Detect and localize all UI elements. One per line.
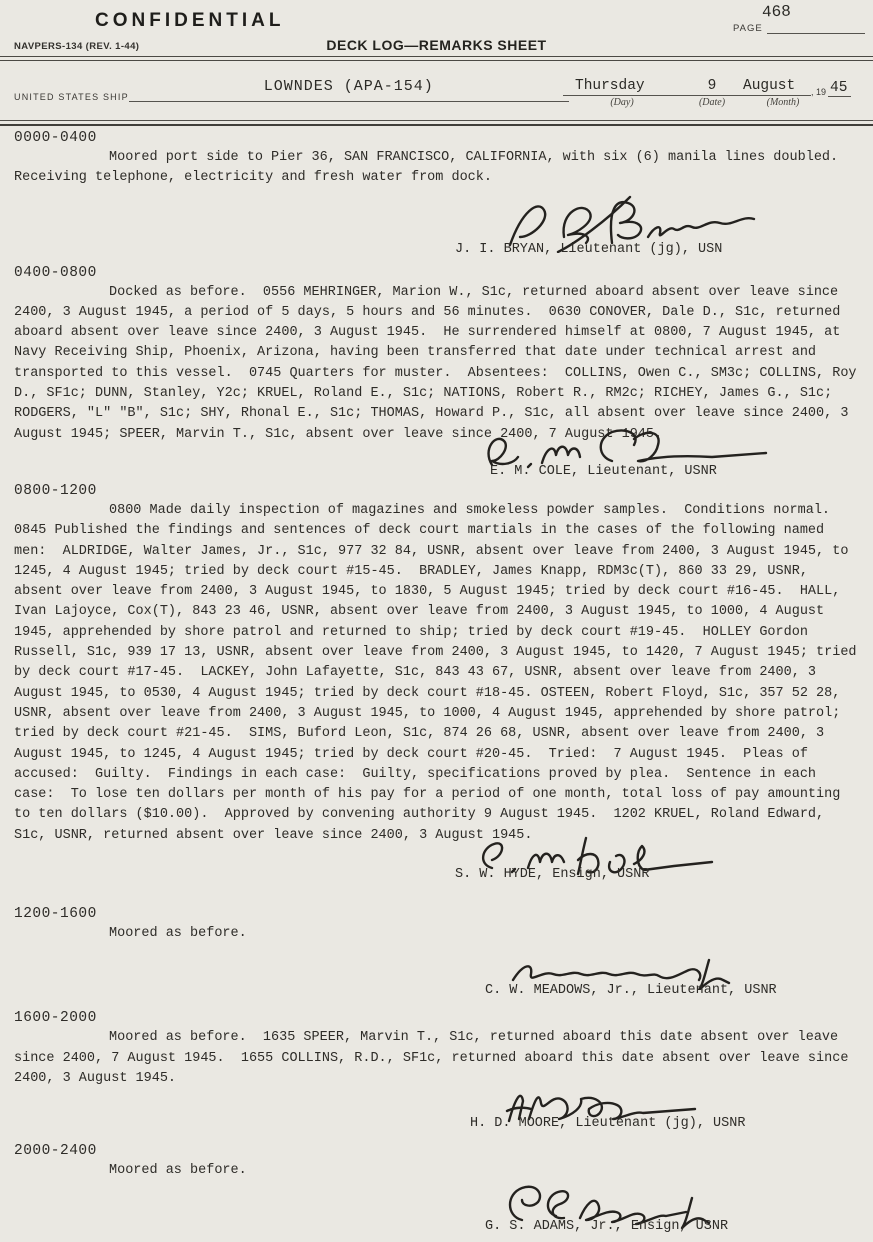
- page-blank-line: [767, 22, 865, 34]
- year-value: 45: [828, 80, 851, 97]
- signature-block: J. I. BRYAN, Lieutenant (jg), USN: [450, 195, 873, 259]
- signature-block: G. S. ADAMS, Jr., Ensign, USNR: [450, 1180, 873, 1236]
- entry-text: Moored as before. 1635 SPEER, Marvin T.,…: [14, 1028, 859, 1089]
- officer-name: H. D. MOORE, Lieutenant (jg), USNR: [470, 1115, 873, 1133]
- page-label: PAGE: [733, 23, 763, 34]
- form-header: CONFIDENTIAL 468 PAGE NAVPERS-134 (REV. …: [0, 0, 873, 127]
- signature-block: C. W. MEADOWS, Jr., Lieutenant, USNR: [450, 946, 873, 1000]
- date-captions: (Day) (Date) (Month): [563, 96, 863, 108]
- log-entry-0800-1200: 0800-1200 0800 Made daily inspection of …: [0, 483, 873, 884]
- heavy-rule: [0, 120, 873, 126]
- officer-name: C. W. MEADOWS, Jr., Lieutenant, USNR: [485, 982, 873, 1000]
- date-number: 9: [681, 78, 743, 94]
- officer-name: G. S. ADAMS, Jr., Ensign, USNR: [485, 1218, 873, 1236]
- entry-text: Moored port side to Pier 36, SAN FRANCIS…: [14, 148, 859, 189]
- page-field: PAGE: [733, 22, 865, 34]
- year-field: , 19 45: [811, 80, 865, 97]
- signature-block: H. D. MOORE, Lieutenant (jg), USNR: [450, 1083, 873, 1133]
- date-day: Thursday: [563, 78, 681, 94]
- deck-log-page: CONFIDENTIAL 468 PAGE NAVPERS-134 (REV. …: [0, 0, 873, 1242]
- entry-text: 0800 Made daily inspection of magazines …: [14, 501, 859, 846]
- date-caption: (Date): [681, 97, 743, 108]
- log-entry-1200-1600: 1200-1600 Moored as before. C. W. MEADOW…: [0, 906, 873, 1000]
- ship-label: UNITED STATES SHIP: [14, 78, 129, 102]
- ship-name: LOWNDES (APA-154): [129, 78, 569, 102]
- log-entry-1600-2000: 1600-2000 Moored as before. 1635 SPEER, …: [0, 1010, 873, 1133]
- entry-time-range: 1600-2000: [14, 1010, 873, 1026]
- page-number: 468: [762, 3, 791, 22]
- signature-block: E. M. COLE, Lieutenant, USNR: [450, 427, 873, 481]
- double-rule: [0, 56, 873, 61]
- log-entry-2000-2400: 2000-2400 Moored as before. G. S. ADAMS,…: [0, 1143, 873, 1235]
- classification-stamp: CONFIDENTIAL: [95, 10, 284, 32]
- day-caption: (Day): [563, 97, 681, 108]
- officer-name: E. M. COLE, Lieutenant, USNR: [490, 463, 873, 481]
- entry-time-range: 0000-0400: [14, 130, 873, 146]
- entry-time-range: 0800-1200: [14, 483, 873, 499]
- year-prefix: , 19: [811, 87, 826, 97]
- entry-time-range: 2000-2400: [14, 1143, 873, 1159]
- date-field: Thursday 9 August , 19 45 (Day) (Date) (…: [563, 78, 863, 108]
- officer-name: J. I. BRYAN, Lieutenant (jg), USN: [455, 241, 873, 259]
- entry-text: Moored as before.: [14, 1161, 859, 1181]
- entry-text: Moored as before.: [14, 924, 859, 944]
- entry-time-range: 1200-1600: [14, 906, 873, 922]
- officer-name: S. W. HYDE, Ensign, USNR: [455, 866, 873, 884]
- sheet-title: DECK LOG—REMARKS SHEET: [0, 37, 873, 53]
- entry-text: Docked as before. 0556 MEHRINGER, Marion…: [14, 283, 859, 445]
- month-caption: (Month): [743, 97, 823, 108]
- signature-block: S. W. HYDE, Ensign, USNR: [450, 834, 873, 884]
- log-entry-0400-0800: 0400-0800 Docked as before. 0556 MEHRING…: [0, 265, 873, 481]
- log-entry-0000-0400: 0000-0400 Moored port side to Pier 36, S…: [0, 130, 873, 259]
- entry-time-range: 0400-0800: [14, 265, 873, 281]
